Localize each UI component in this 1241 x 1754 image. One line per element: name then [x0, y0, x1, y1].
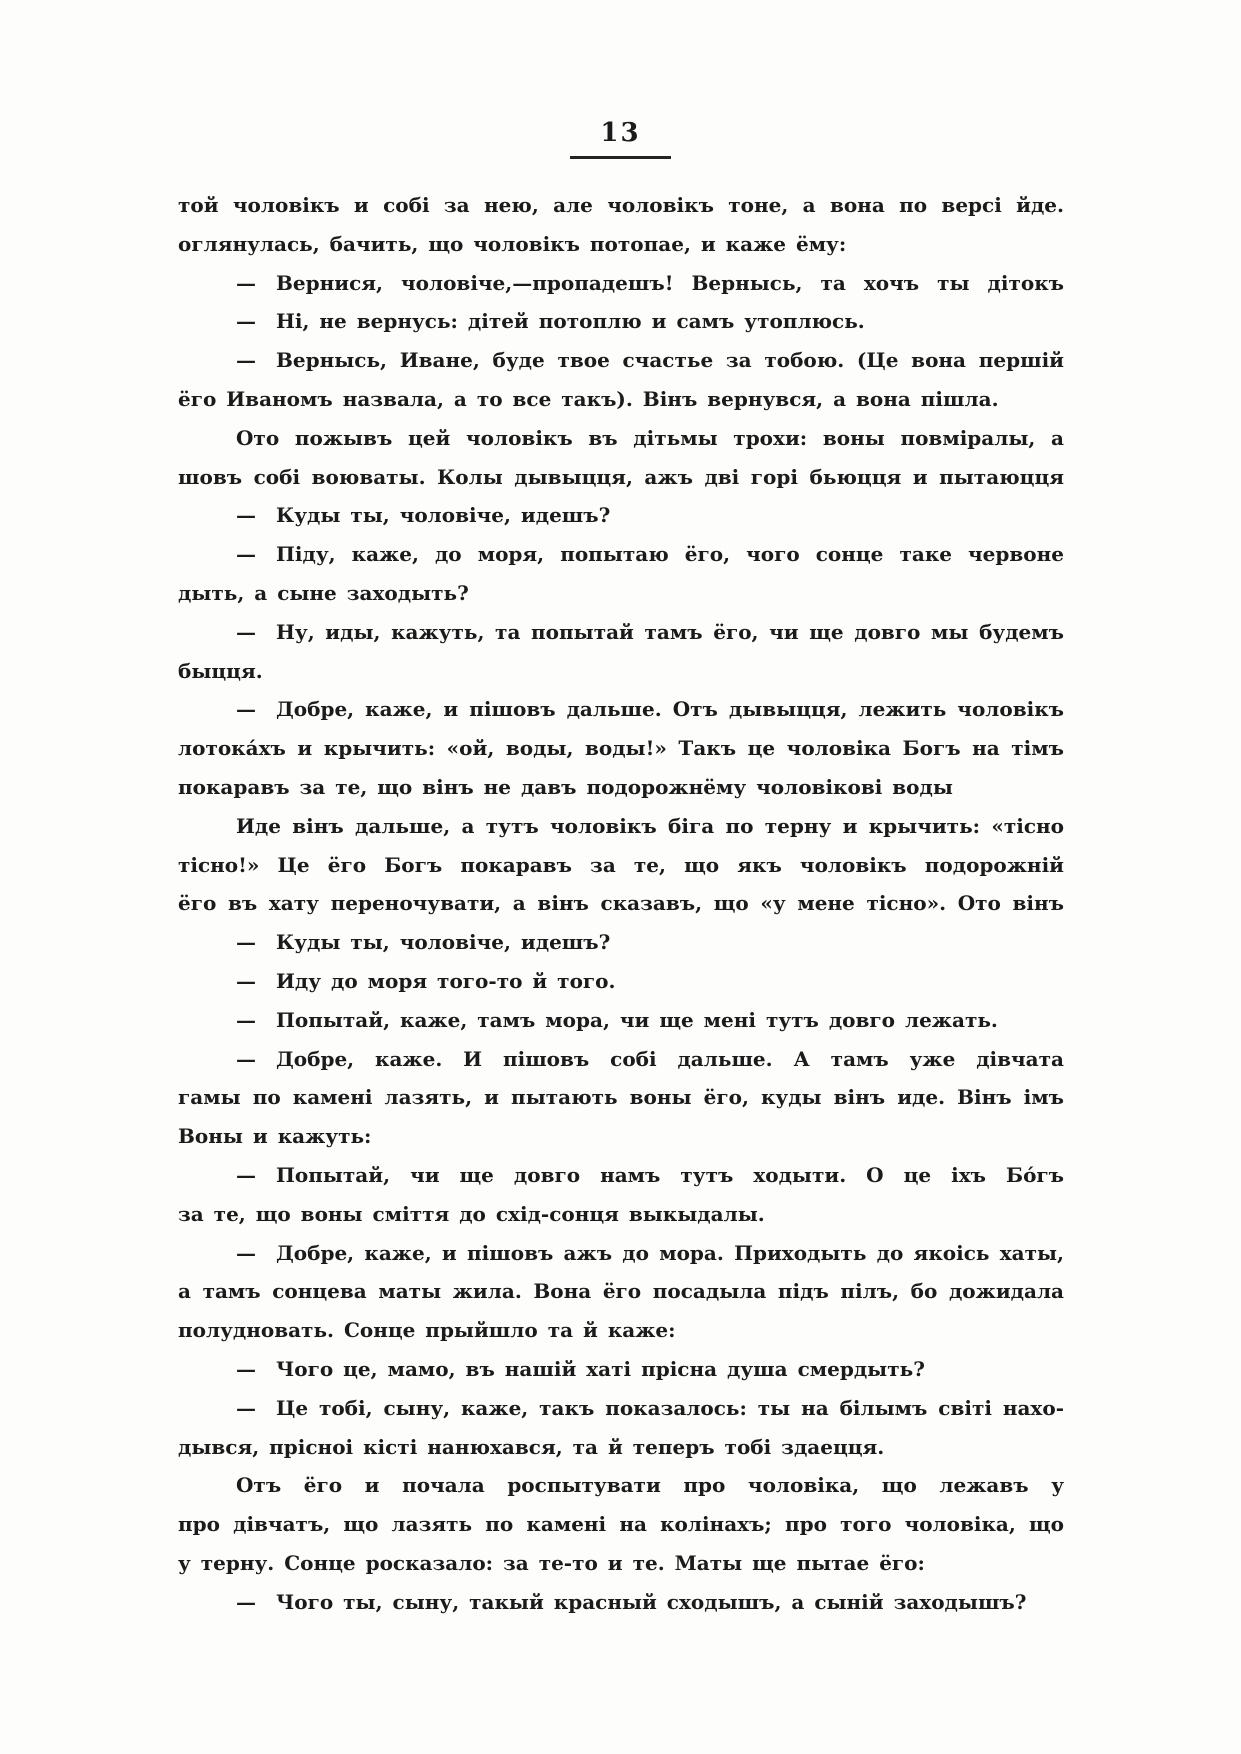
text-line: Отъ ёго и почала роспытувати про чоловік… [178, 1466, 1064, 1505]
text-line: — Ні, не вернусь: дітей потоплю и самъ у… [178, 302, 1064, 341]
text-line: — Добре, каже. И пішовъ собі дальше. А т… [178, 1040, 1064, 1079]
text-line: Воны и кажуть: [178, 1117, 1064, 1156]
book-page: 13 той чоловікъ и собі за нею, але чолов… [0, 0, 1241, 1754]
text-line: шовъ собі воюваты. Колы дывыцця, ажъ дві… [178, 458, 1064, 497]
text-line: той чоловікъ и собі за нею, але чоловікъ… [178, 186, 1064, 225]
text-line: — Иду до моря того-то й того. [178, 962, 1064, 1001]
text-line: дывся, прісноі кісті нанюхався, та й теп… [178, 1428, 1064, 1467]
page-header: 13 [0, 118, 1241, 159]
text-line: за те, що воны сміття до схід-сонця выкы… [178, 1195, 1064, 1234]
text-line: а тамъ сонцева маты жила. Вона ёго посад… [178, 1272, 1064, 1311]
text-line: покаравъ за те, що вінъ не давъ подорожн… [178, 768, 1064, 807]
text-line: — Попытай, каже, тамъ мора, чи ще мені т… [178, 1001, 1064, 1040]
text-line: полудновать. Сонце прыйшло та й каже: [178, 1311, 1064, 1350]
text-line: у терну. Сонце росказало: за те-то и те.… [178, 1544, 1064, 1583]
text-line: — Чого це, мамо, въ нашій хаті прісна ду… [178, 1350, 1064, 1389]
text-line: быцця. [178, 652, 1064, 691]
text-line: ёго Иваномъ назвала, а то все такъ). Він… [178, 380, 1064, 419]
text-line: Ото пожывъ цей чоловікъ въ дітьмы трохи:… [178, 419, 1064, 458]
text-line: лотока́хъ и крычить: «ой, воды, воды!» Т… [178, 729, 1064, 768]
text-line: — Це тобі, сыну, каже, такъ показалось: … [178, 1389, 1064, 1428]
text-line: — Куды ты, чоловіче, идешъ? [178, 923, 1064, 962]
text-line: — Куды ты, чоловіче, идешъ? [178, 496, 1064, 535]
text-line: — Ну, иды, кажуть, та попытай тамъ ёго, … [178, 613, 1064, 652]
text-line: про дівчатъ, що лазять по камені на колі… [178, 1505, 1064, 1544]
text-line: — Чого ты, сыну, такый красный сходышъ, … [178, 1583, 1064, 1622]
text-line: дыть, а сыне заходыть? [178, 574, 1064, 613]
text-block: той чоловікъ и собі за нею, але чоловікъ… [178, 186, 1064, 1621]
text-line: — Попытай, чи ще довго намъ тутъ ходыти.… [178, 1156, 1064, 1195]
text-line: — Добре, каже, и пішовъ ажъ до мора. При… [178, 1234, 1064, 1273]
text-line: ёго въ хату переночувати, а вінъ сказавъ… [178, 884, 1064, 923]
text-line: — Вернися, чоловіче,—пропадешъ! Вернысь,… [178, 264, 1064, 303]
text-line: — Вернысь, Иване, буде твое счастье за т… [178, 341, 1064, 380]
text-line: Иде вінъ дальше, а тутъ чоловікъ біга по… [178, 807, 1064, 846]
text-line: — Добре, каже, и пішовъ дальше. Отъ дывы… [178, 690, 1064, 729]
text-line: оглянулась, бачить, що чоловікъ потопае,… [178, 225, 1064, 264]
page-number: 13 [570, 118, 670, 159]
text-line: — Піду, каже, до моря, попытаю ёго, чого… [178, 535, 1064, 574]
text-line: гамы по камені лазять, и пытають воны ёг… [178, 1078, 1064, 1117]
text-line: тісно!» Це ёго Богъ покаравъ за те, що я… [178, 846, 1064, 885]
